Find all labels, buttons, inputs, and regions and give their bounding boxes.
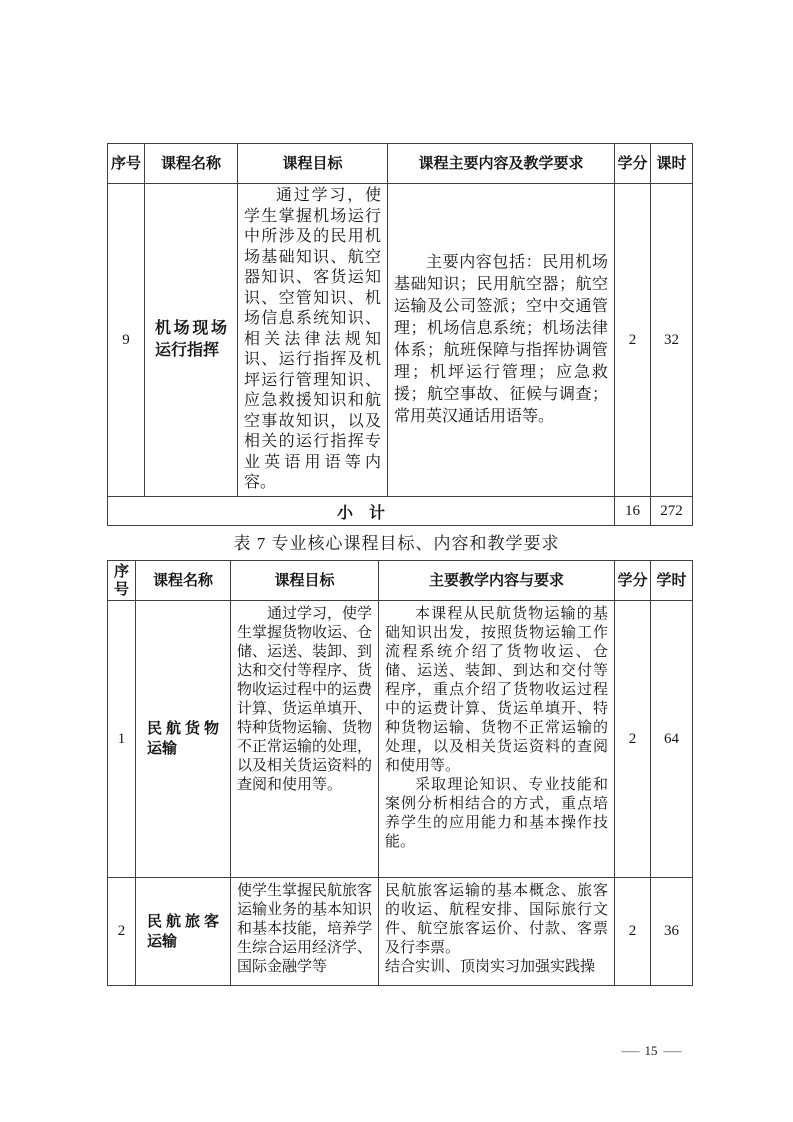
footer-right-dash: — xyxy=(663,1043,681,1059)
table2-header-hours: 学时 xyxy=(651,561,693,601)
table2-header-content: 主要教学内容与要求 xyxy=(379,561,615,601)
table2-row1-hours: 64 xyxy=(651,601,693,878)
table2-row1-course-name: 民航货物运输 xyxy=(136,601,231,878)
table1-header-credits: 学分 xyxy=(615,144,651,184)
content-paragraph-2: 结合实训、顶岗实习加强实践操 xyxy=(385,958,608,977)
footer-left-dash: — xyxy=(621,1043,639,1059)
table2-row2-hours: 36 xyxy=(651,878,693,986)
table2-header-row: 序号 课程名称 课程目标 主要教学内容与要求 学分 学时 xyxy=(108,561,693,601)
table1-header-content: 课程主要内容及教学要求 xyxy=(388,144,615,184)
objective-text: 通过学习，使学生掌握机场运行中所涉及的民用机场基础知识、航空器知识、客货运知识、… xyxy=(244,186,381,494)
objective-text: 使学生掌握民航旅客运输业务的基本知识和基本技能，培养学生综合运用经济学、国际金融… xyxy=(237,882,372,977)
table2-header-objective: 课程目标 xyxy=(231,561,379,601)
table2-header-course-name: 课程名称 xyxy=(136,561,231,601)
table2-row2-no: 2 xyxy=(108,878,136,986)
table1-row9-objective: 通过学习，使学生掌握机场运行中所涉及的民用机场基础知识、航空器知识、客货运知识、… xyxy=(238,184,388,497)
content-paragraph-2: 采取理论知识、专业技能和案例分析相结合的方式，重点培养学生的应用能力和基本操作技… xyxy=(385,776,608,852)
table2-row1-content: 本课程从民航货物运输的基础知识出发，按照货物运输工作流程系统介绍了货物收运、仓储… xyxy=(379,601,615,878)
page-footer: — 15 — xyxy=(596,1043,706,1059)
table2-row1-objective: 通过学习，使学生掌握货物收运、仓储、运送、装卸、到达和交付等程序、货物收运过程中… xyxy=(231,601,379,878)
page-number: 15 xyxy=(645,1043,658,1059)
table1-subtotal-row: 小 计 16 272 xyxy=(108,497,693,526)
table1-header-hours: 课时 xyxy=(651,144,693,184)
course-name-text: 民航货物运输 xyxy=(136,719,230,759)
table2-row2-credits: 2 xyxy=(615,878,651,986)
objective-text: 通过学习，使学生掌握货物收运、仓储、运送、装卸、到达和交付等程序、货物收运过程中… xyxy=(237,605,372,795)
content-text: 主要内容包括：民用机场基础知识；民用航空器；航空运输及公司签派；空中交通管理；机… xyxy=(394,252,608,428)
table1-header-objective: 课程目标 xyxy=(238,144,388,184)
table1-row9-course-name: 机场现场运行指挥 xyxy=(145,184,238,497)
table1-row9-content: 主要内容包括：民用机场基础知识；民用航空器；航空运输及公司签派；空中交通管理；机… xyxy=(388,184,615,497)
table1-row9-no: 9 xyxy=(108,184,145,497)
content-paragraph-1: 民航旅客运输的基本概念、旅客的收运、航程安排、国际旅行文件、航空旅客运价、付款、… xyxy=(385,882,608,958)
table2-row1-no: 1 xyxy=(108,601,136,878)
table1-row9-hours: 32 xyxy=(651,184,693,497)
course-name-text: 机场现场运行指挥 xyxy=(145,318,237,362)
table2-header-no: 序号 xyxy=(108,561,136,601)
table7-title: 表 7 专业核心课程目标、内容和教学要求 xyxy=(0,529,793,554)
subtotal-credits: 16 xyxy=(615,497,651,526)
course-name-text: 民航旅客运输 xyxy=(136,912,230,952)
table1-row9-credits: 2 xyxy=(615,184,651,497)
table2-row-2: 2 民航旅客运输 使学生掌握民航旅客运输业务的基本知识和基本技能，培养学生综合运… xyxy=(108,878,693,986)
table2-header-credits: 学分 xyxy=(615,561,651,601)
subtotal-hours: 272 xyxy=(651,497,693,526)
subtotal-label: 小 计 xyxy=(108,497,615,526)
table2-row-1: 1 民航货物运输 通过学习，使学生掌握货物收运、仓储、运送、装卸、到达和交付等程… xyxy=(108,601,693,878)
table2-row1-credits: 2 xyxy=(615,601,651,878)
table2-row2-content: 民航旅客运输的基本概念、旅客的收运、航程安排、国际旅行文件、航空旅客运价、付款、… xyxy=(379,878,615,986)
table1-row-9: 9 机场现场运行指挥 通过学习，使学生掌握机场运行中所涉及的民用机场基础知识、航… xyxy=(108,184,693,497)
core-course-table: 序号 课程名称 课程目标 主要教学内容与要求 学分 学时 1 民航货物运输 通过… xyxy=(107,560,693,986)
course-table-continued: 序号 课程名称 课程目标 课程主要内容及教学要求 学分 课时 9 机场现场运行指… xyxy=(107,143,693,526)
table1-header-row: 序号 课程名称 课程目标 课程主要内容及教学要求 学分 课时 xyxy=(108,144,693,184)
table2-row2-objective: 使学生掌握民航旅客运输业务的基本知识和基本技能，培养学生综合运用经济学、国际金融… xyxy=(231,878,379,986)
content-paragraph-1: 本课程从民航货物运输的基础知识出发，按照货物运输工作流程系统介绍了货物收运、仓储… xyxy=(385,605,608,776)
table2-row2-course-name: 民航旅客运输 xyxy=(136,878,231,986)
table1-header-course-name: 课程名称 xyxy=(145,144,238,184)
table1-header-no: 序号 xyxy=(108,144,145,184)
